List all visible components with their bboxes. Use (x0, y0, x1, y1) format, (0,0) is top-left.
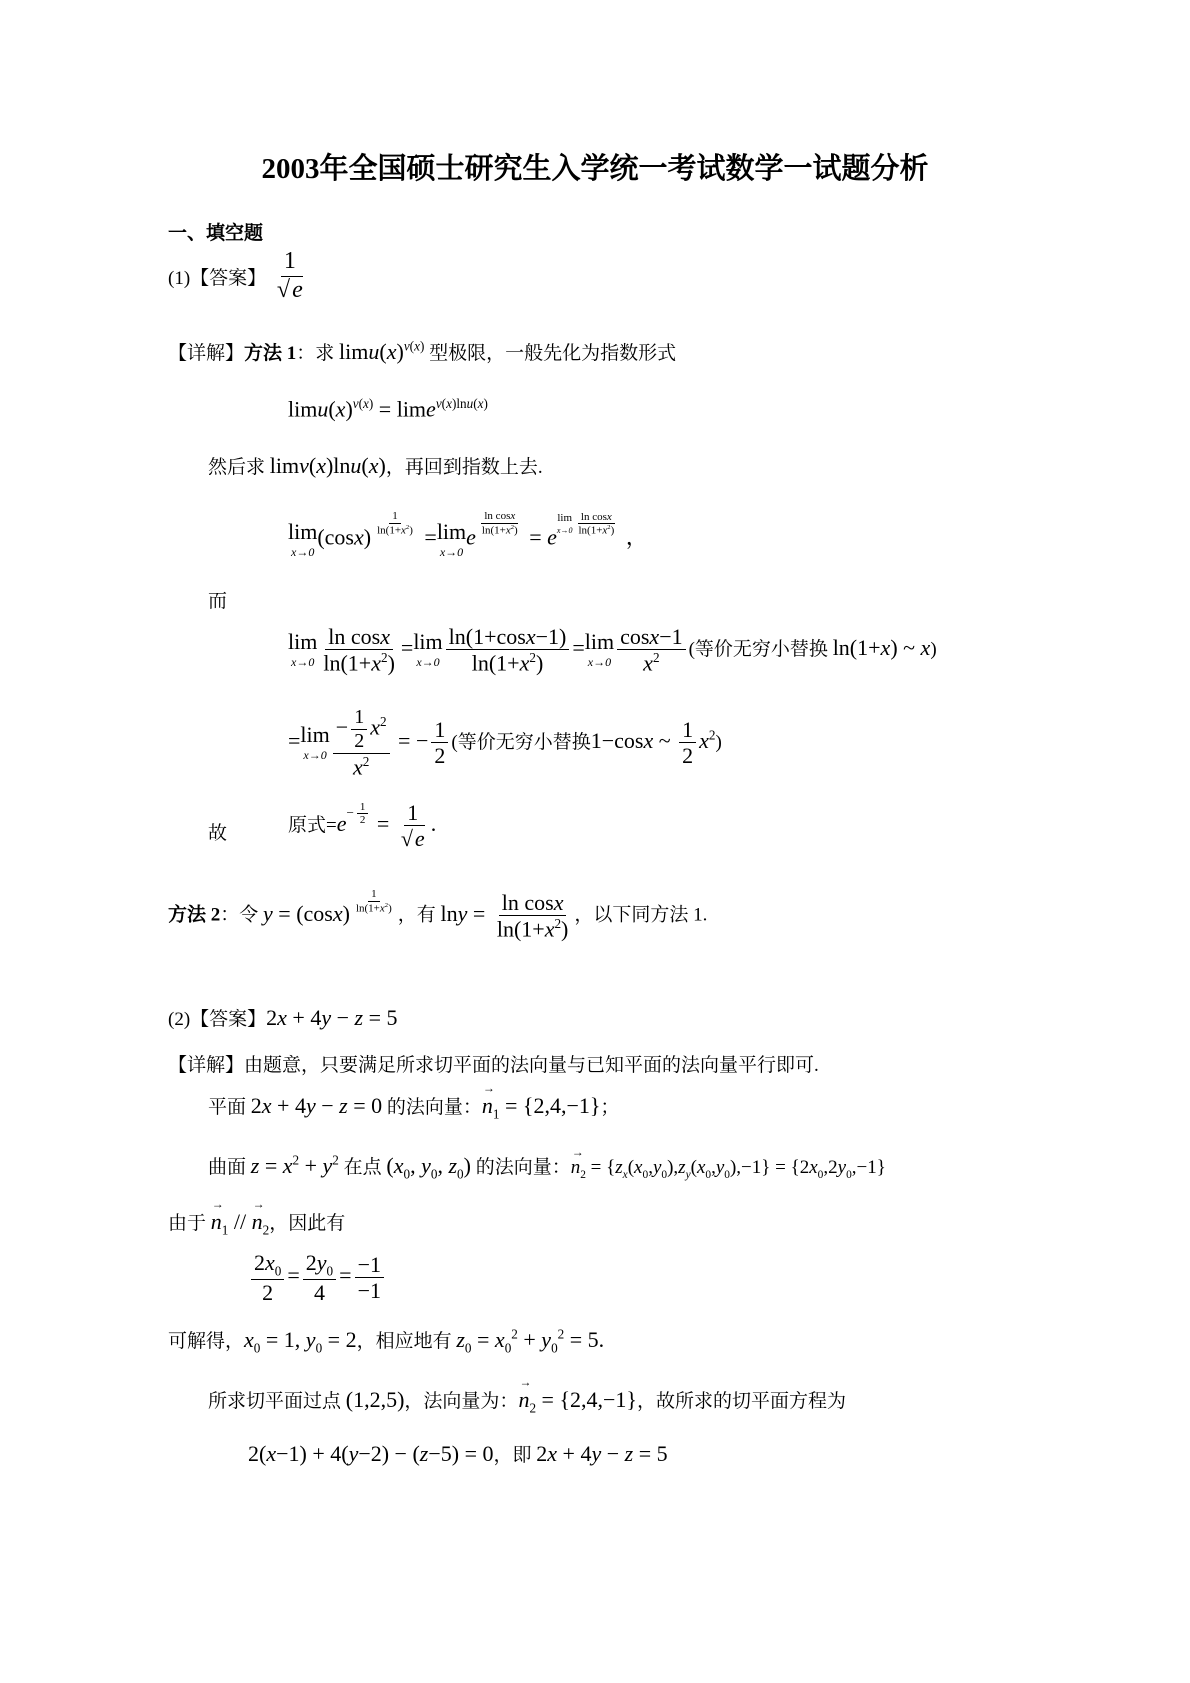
q2-line6: 所求切平面过点 (1,2,5)，法向量为：n2 = {2,4,−1}，故所求的切… (208, 1386, 846, 1416)
formula-step3: limx→0(cosx)1ln(1+x2) =limx→0eln cosxln(… (288, 510, 648, 558)
er-label: 而 (208, 586, 227, 613)
method2-label: 方法 2 (168, 905, 220, 926)
q1-step2: 然后求 limv(x)lnu(x)，再回到指数上去. (208, 452, 543, 479)
formula-exp-form: limu(x)v(x) = limev(x)lnu(x) (288, 396, 488, 422)
q2-detail: 【详解】由题意，只要满足所求切平面的法向量与已知平面的法向量平行即可. (168, 1050, 819, 1077)
q2-line5: 可解得，x0 = 1, y0 = 2，相应地有 z0 = x02 + y02 =… (168, 1326, 604, 1356)
q1-label: (1)【答案】 (168, 263, 266, 290)
q2-line7: 2(x−1) + 4(y−2) − (z−5) = 0，即 2x + 4y − … (248, 1440, 668, 1467)
page-title: 2003年全国硕士研究生入学统一考试数学一试题分析 (0, 146, 1190, 187)
formula-result: 原式=e−12 = 1√e. (288, 800, 436, 852)
q2-answer-line: (2)【答案】2x + 4y − z = 5 (168, 1004, 398, 1031)
method1-label: 方法 1 (244, 343, 296, 364)
q2-line1: 平面 2x + 4y − z = 0 的法向量：n1 = {2,4,−1}； (208, 1092, 619, 1122)
q2-label: (2)【答案】 (168, 1009, 266, 1030)
q2-line2: 曲面 z = x2 + y2 在点 (x0, y0, z0) 的法向量：n2 =… (208, 1152, 886, 1182)
q1-method2-line: 方法 2：令 y = (cosx)1ln(1+x2)，有 lny = ln co… (168, 888, 707, 941)
q2-line3: 由于 n1 // n2，因此有 (168, 1208, 345, 1238)
q1-answer-line: (1)【答案】 1√e (168, 248, 309, 304)
q1-method1-line: 【详解】方法 1：求 limu(x)v(x) 型极限，一般先化为指数形式 (168, 338, 676, 365)
formula-step4: limx→0ln cosxln(1+x2)=limx→0ln(1+cosx−1)… (288, 624, 937, 676)
formula-step5: =limx→0−12x2x2 = −12(等价无穷小替换1−cosx ~ 12x… (288, 706, 722, 780)
section-heading-fill-in: 一、填空题 (168, 218, 263, 245)
detail-label: 【详解】 (168, 343, 244, 364)
q1-answer-formula: 1√e (274, 248, 306, 304)
formula-ratio: 2x02=2y04=−1−1 (248, 1250, 387, 1305)
gu-label: 故 (208, 818, 227, 845)
q2-answer: 2x + 4y − z = 5 (266, 1005, 397, 1030)
